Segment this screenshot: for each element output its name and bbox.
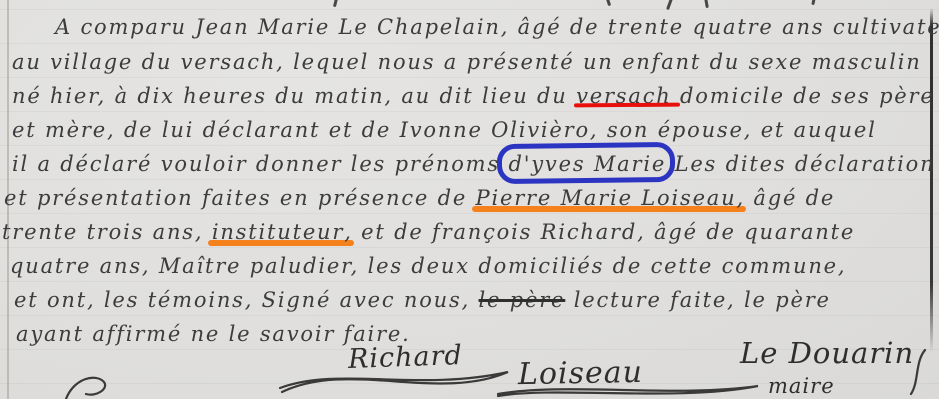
cutoff-stroke bbox=[811, 0, 815, 5]
orange-underlined-text-instituteur: instituteur bbox=[212, 220, 344, 244]
text-segment: et présentation faites en présence de bbox=[4, 186, 476, 210]
struck-text-le-pere: le père bbox=[479, 288, 566, 312]
text-line-6: et présentation faites en présence de Pi… bbox=[4, 181, 835, 215]
text-line-5: il a déclaré vouloir donner les prénoms … bbox=[12, 147, 935, 181]
text-segment: et mère, de lui déclarant et de Ivonne O… bbox=[12, 118, 877, 142]
text-line-4: et mère, de lui déclarant et de Ivonne O… bbox=[12, 113, 877, 147]
text-segment: A comparu Jean Marie Le Chapelain, âgé d… bbox=[55, 15, 939, 39]
signature-flourish bbox=[278, 358, 513, 396]
text-line-7: trente trois ans, instituteur, et de fra… bbox=[2, 215, 855, 249]
cutoff-stroke bbox=[606, 0, 611, 6]
text-segment: et ont, les témoins, Signé avec nous, bbox=[14, 288, 479, 312]
signature-le-douarin: Le Douarin bbox=[740, 336, 914, 370]
text-segment: il a déclaré vouloir donner les prénoms bbox=[12, 152, 508, 176]
text-segment: lecture faite, le père bbox=[565, 288, 830, 312]
text-segment: , âgé de bbox=[736, 186, 835, 210]
red-underlined-text-versach: versach bbox=[576, 84, 672, 108]
blue-boxed-text-yves-marie: d'yves Marie bbox=[508, 152, 666, 176]
cutoff-stroke bbox=[666, 0, 673, 10]
signature-title-maire: maire bbox=[768, 374, 835, 398]
signature-tail-stroke bbox=[905, 348, 930, 396]
text-segment: né hier, à dix heures du matin, au dit l… bbox=[12, 84, 576, 108]
text-line-2: au village du versach, lequel nous a pré… bbox=[12, 45, 922, 79]
document-scan: A comparu Jean Marie Le Chapelain, âgé d… bbox=[0, 0, 939, 399]
cutoff-stroke bbox=[333, 0, 338, 7]
text-line-3: né hier, à dix heures du matin, au dit l… bbox=[12, 79, 935, 113]
text-segment: au village du versach, lequel nous a pré… bbox=[12, 50, 922, 74]
text-line-8: quatre ans, Maître paludier, les deux do… bbox=[10, 249, 846, 283]
text-segment: trente trois ans, bbox=[2, 220, 212, 244]
text-segment: , et de françois Richard, âgé de quarant… bbox=[344, 220, 855, 244]
orange-underlined-text-pierre-marie-loiseau: Pierre Marie Loiseau bbox=[476, 186, 737, 210]
partial-signature-loop bbox=[62, 372, 118, 399]
cutoff-stroke bbox=[704, 0, 709, 8]
text-line-9: et ont, les témoins, Signé avec nous, le… bbox=[14, 283, 831, 317]
signature-flourish bbox=[496, 382, 761, 399]
text-segment: Les dites déclaration bbox=[666, 152, 935, 176]
text-segment: ayant affirmé ne le savoir faire. bbox=[16, 322, 411, 346]
text-segment: domicile de ses père bbox=[672, 84, 935, 108]
text-line-1: A comparu Jean Marie Le Chapelain, âgé d… bbox=[55, 10, 939, 44]
text-segment: quatre ans, Maître paludier, les deux do… bbox=[10, 254, 846, 278]
